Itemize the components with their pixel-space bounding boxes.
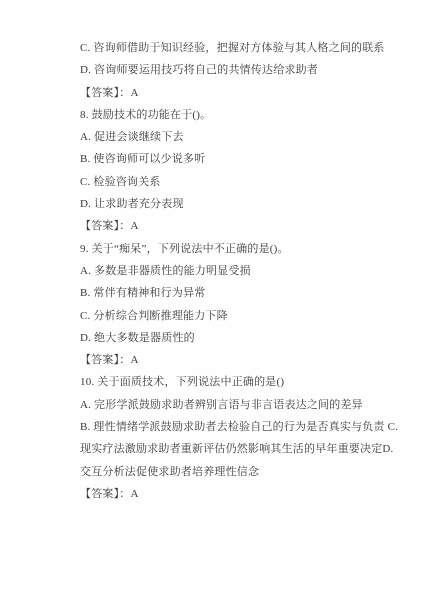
option-line: B. 使咨询师可以少说多听 <box>80 148 396 170</box>
option-line: B. 理性情绪学派鼓励求助者去检验自己的行为是否真实与负责 C. <box>80 416 396 438</box>
option-line: D. 咨询师要运用技巧将自己的共情传达给求助者 <box>80 59 396 81</box>
answer-line: 【答案】：A <box>80 483 396 505</box>
question-line: 8. 鼓励技术的功能在于()。 <box>80 104 396 126</box>
answer-line: 【答案】：A <box>80 215 396 237</box>
continuation-line: 现实疗法激励求助者重新评估仍然影响其生活的早年重要决定D. <box>80 438 396 460</box>
question-line: 10. 关于面质技术，下列说法中正确的是() <box>80 371 396 393</box>
option-line: C. 分析综合判断推理能力下降 <box>80 305 396 327</box>
answer-line: 【答案】：A <box>80 82 396 104</box>
option-line: A. 完形学派鼓励求助者辨别言语与非言语表达之间的差异 <box>80 394 396 416</box>
scanned-document-page: C. 咨询师借助于知识经验，把握对方体验与其人格之间的联系 D. 咨询师要运用技… <box>0 0 424 600</box>
option-line: A. 促进会谈继续下去 <box>80 126 396 148</box>
question-line: 9. 关于“痴呆”，下列说法中不正确的是()。 <box>80 238 396 260</box>
answer-line: 【答案】：A <box>80 349 396 371</box>
option-line: C. 咨询师借助于知识经验，把握对方体验与其人格之间的联系 <box>80 37 396 59</box>
option-line: D. 让求助者充分表现 <box>80 193 396 215</box>
document-text-block: C. 咨询师借助于知识经验，把握对方体验与其人格之间的联系 D. 咨询师要运用技… <box>80 37 396 505</box>
continuation-line: 交互分析法促使求助者培养理性信念 <box>80 461 396 483</box>
option-line: C. 检验咨询关系 <box>80 171 396 193</box>
option-line: D. 绝大多数是器质性的 <box>80 327 396 349</box>
option-line: A. 多数是非器质性的能力明显受损 <box>80 260 396 282</box>
option-line: B. 常伴有精神和行为异常 <box>80 282 396 304</box>
